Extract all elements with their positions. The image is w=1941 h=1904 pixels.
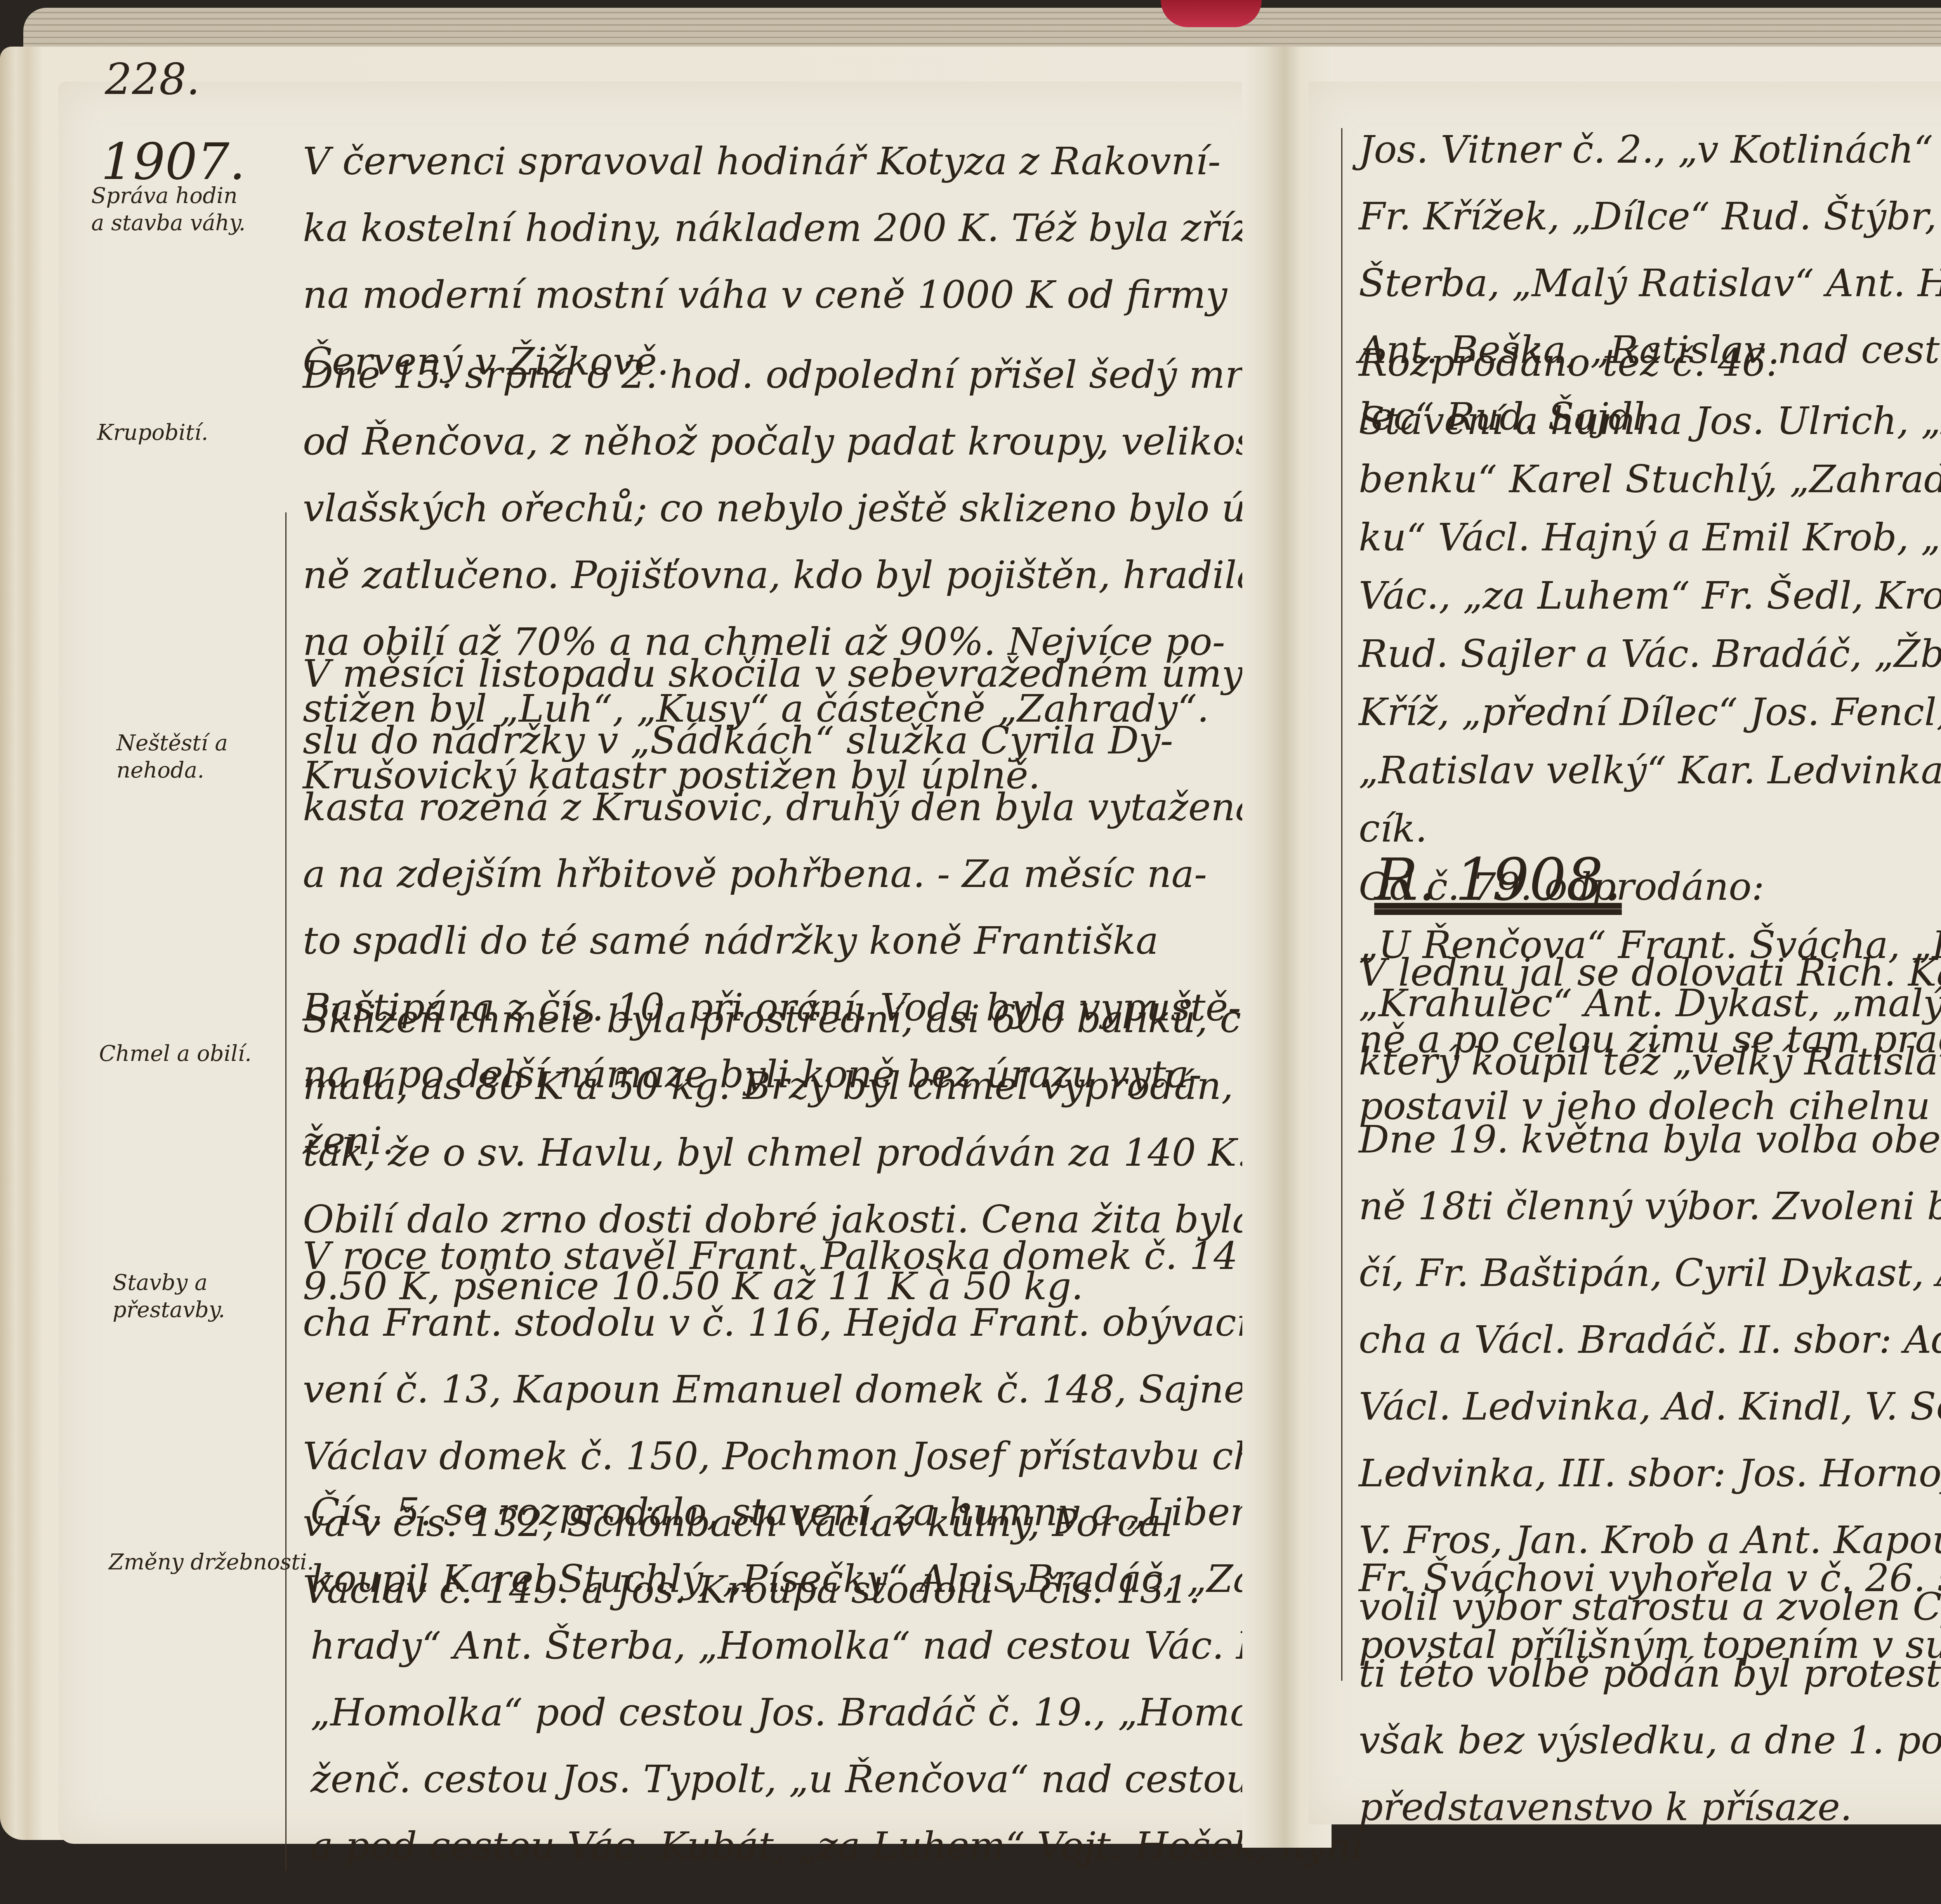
open-book: 228. 1907. Správa hodin a stavba váhy. K… [0, 0, 1941, 1904]
margin-note-accident: Neštěstí a nehoda. [116, 730, 241, 784]
left-margin-rule [285, 512, 286, 1871]
margin-note-hops-grain: Chmel a obilí. [99, 1040, 278, 1067]
margin-note-buildings: Stavby a přestavby. [113, 1269, 276, 1324]
paragraph-fire: Fr. Šváchovi vyhořela v č. 26. sušárna a… [1359, 1545, 1941, 1678]
margin-note-ownership: Změny držebnosti. [109, 1549, 303, 1576]
margin-note-hailstorm: Krupobití. [97, 419, 260, 446]
page-number-left: 228. [105, 54, 200, 104]
paragraph-ownership-changes-left: Čís. 5. se rozprodalo, stavení, za humny… [311, 1479, 1258, 1880]
bookmark-ribbon [1161, 0, 1262, 27]
year-heading-1908: R. 1908. [1374, 846, 1622, 914]
paragraph-council-election: Dne 19. května byla volba obecního výbor… [1359, 1106, 1941, 1841]
margin-note-clock-scale: Správa hodin a stavba váhy. [91, 182, 254, 237]
right-left-rule [1341, 128, 1342, 1681]
